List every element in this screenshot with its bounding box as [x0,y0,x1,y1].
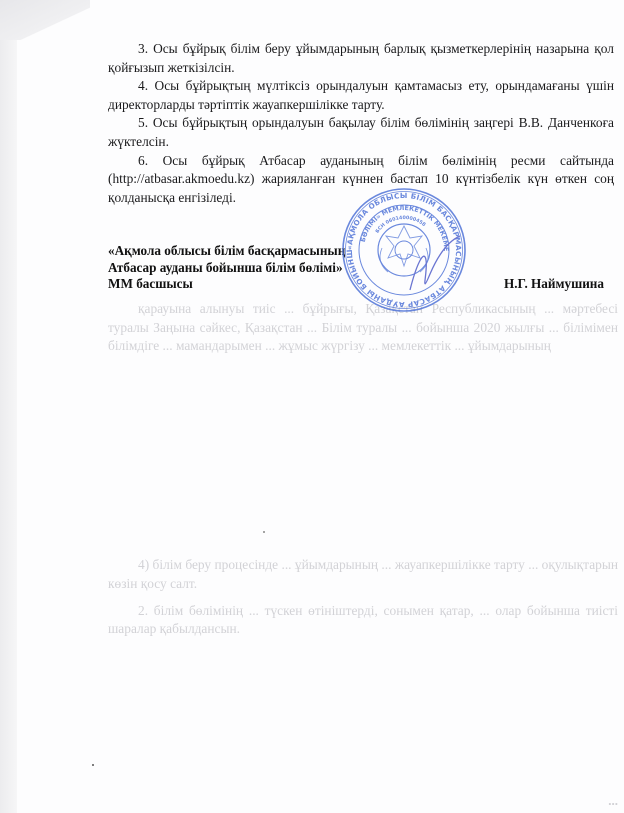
paper-speck [263,531,265,533]
bleed-through-text: қарауына алынуы тиіс ... бұйрығы, Қазақс… [108,296,618,639]
signatory-name: Н.Г. Наймушина [504,276,604,293]
paragraph-4: 4. Осы бұйрықтың мүлтіксіз орындалуын қа… [108,77,614,114]
bleed-end-text: ... [608,793,618,809]
paragraph-5: 5. Осы бұйрықтың орындалуын бақылау білі… [108,114,614,151]
order-body: 3. Осы бұйрық білім беру ұйымдарының бар… [108,40,614,207]
paragraph-3: 3. Осы бұйрық білім беру ұйымдарының бар… [108,40,614,77]
page-edge [0,0,17,813]
official-seal-icon: «АҚМОЛА ОБЛЫСЫ БІЛІМ БАСҚАРМАСЫНЫҢ АТБАС… [340,186,468,314]
bleed-paragraph: 2. білім бөлімінің ... түскен өтініштерд… [108,602,618,639]
paper-speck [92,764,94,766]
folded-corner [0,0,90,40]
bleed-paragraph: 4) білім беру процесінде ... ұйымдарының… [108,556,618,593]
